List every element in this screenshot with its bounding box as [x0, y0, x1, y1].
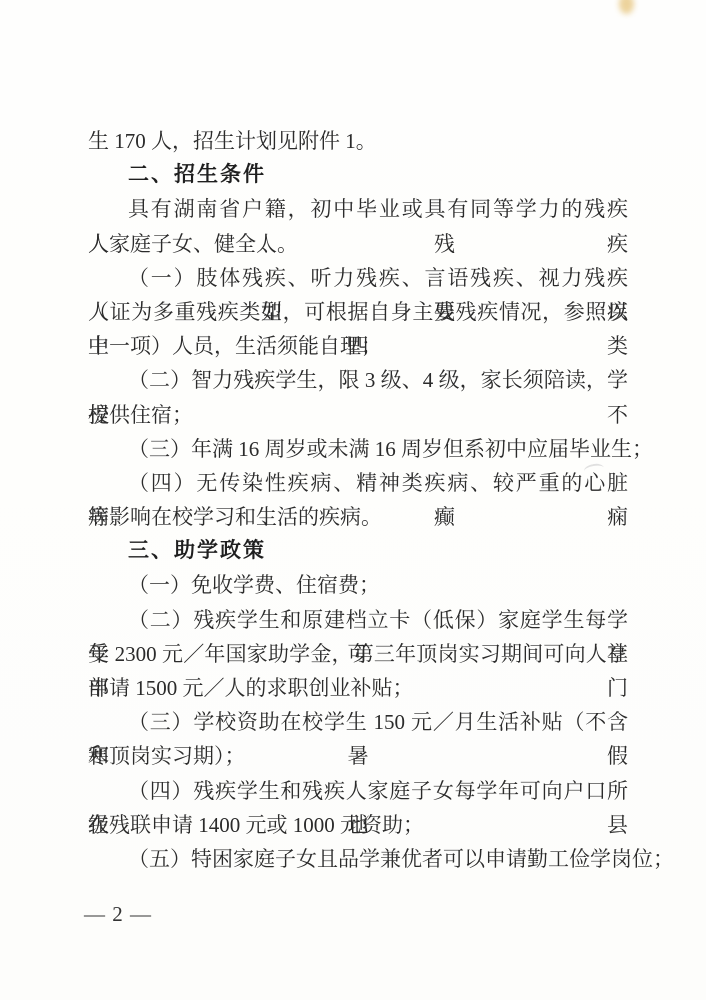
section-heading-3: 三、助学政策	[88, 534, 628, 568]
body-line: 人证为多重残疾类型，可根据自身主要残疾情况，参照以上四类	[88, 295, 628, 329]
body-line: （二）智力残疾学生，限 3 级、4 级，家长须陪读，学校不	[88, 363, 628, 397]
body-line: （一）肢体残疾、听力残疾、言语残疾、视力残疾（如残疾	[88, 261, 628, 295]
document-body: 生 170 人，招生计划见附件 1。 二、招生条件 具有湖南省户籍，初中毕业或具…	[88, 124, 628, 876]
document-page: 生 170 人，招生计划见附件 1。 二、招生条件 具有湖南省户籍，初中毕业或具…	[0, 0, 706, 1000]
body-line: 具有湖南省户籍，初中毕业或具有同等学力的残疾人、残疾	[88, 192, 628, 226]
scan-smudge-artifact	[619, 0, 634, 14]
section-heading-2: 二、招生条件	[88, 158, 628, 192]
body-line: （四）残疾学生和残疾人家庭子女每学年可向户口所在地县	[88, 774, 628, 808]
body-line: （四）无传染性疾病、精神类疾病、较严重的心脏病、癫痫	[88, 466, 628, 500]
body-line: （三）年满 16 周岁或未满 16 周岁但系初中应届毕业生；	[88, 432, 628, 466]
body-line: （三）学校资助在校学生 150 元／月生活补贴（不含寒暑假	[88, 705, 628, 739]
body-line: （五）特困家庭子女且品学兼优者可以申请勤工俭学岗位；	[88, 842, 628, 876]
body-line: （二）残疾学生和原建档立卡（低保）家庭学生每学年可享	[88, 603, 628, 637]
page-number: — 2 —	[84, 902, 152, 927]
body-line: （一）免收学费、住宿费；	[88, 568, 628, 602]
body-line: 受 2300 元／年国家助学金，第三年顶岗实习期间可向人社部门	[88, 637, 628, 671]
body-line: 生 170 人，招生计划见附件 1。	[88, 124, 628, 158]
